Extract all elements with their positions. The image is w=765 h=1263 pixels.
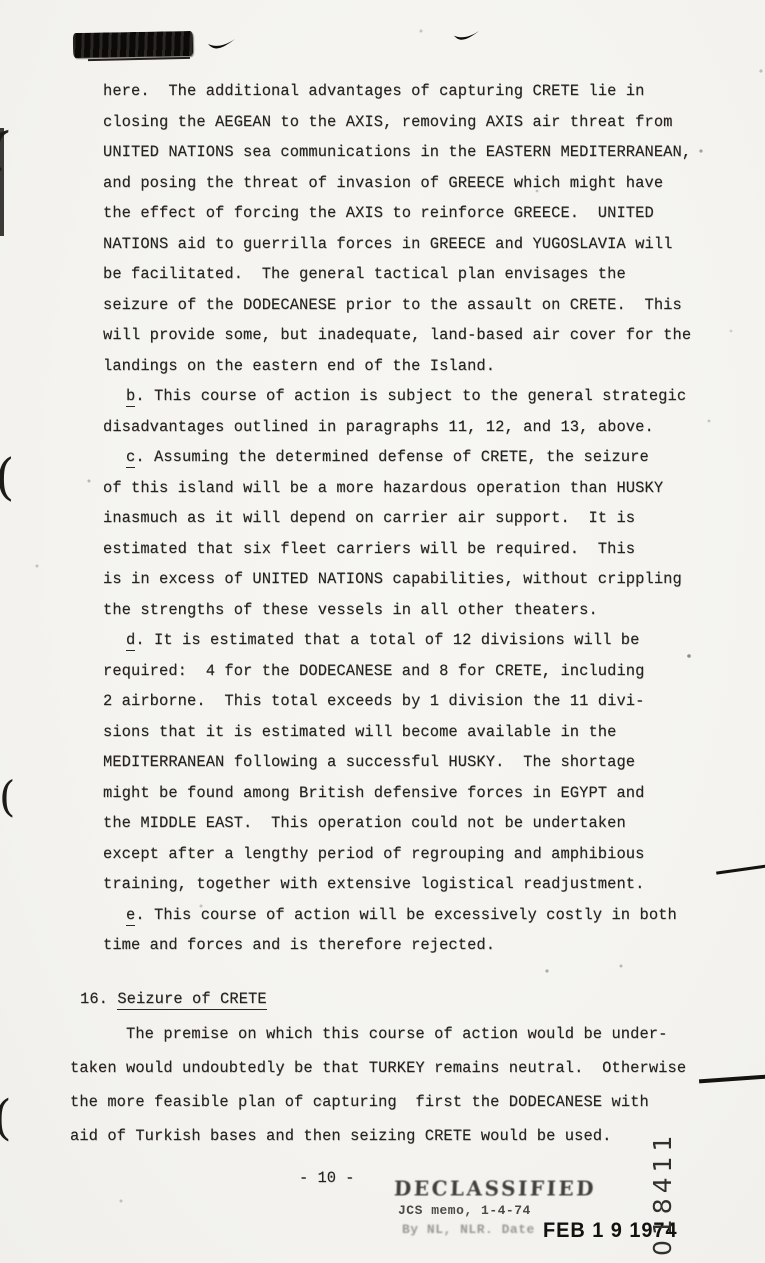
body-line: inasmuch as it will depend on carrier ai…: [0, 503, 765, 534]
document-page: ( ( ( ( here. The additional advantages …: [0, 0, 765, 1263]
body-line: taken would undoubtedly be that TURKEY r…: [0, 1051, 765, 1085]
underlined-text: d: [126, 631, 135, 651]
body-line: 2 airborne. This total exceeds by 1 divi…: [0, 686, 765, 717]
body-line: the effect of forcing the AXIS to reinfo…: [0, 198, 765, 229]
body-line: is in excess of UNITED NATIONS capabilit…: [0, 564, 765, 595]
body-line: the MIDDLE EAST. This operation could no…: [0, 808, 765, 839]
scan-noise: [0, 0, 2, 2]
paragraph-gap: [0, 961, 765, 981]
body-line: and posing the threat of invasion of GRE…: [0, 168, 765, 199]
checkmark-icon: [207, 37, 237, 53]
underlined-text: b: [126, 387, 135, 407]
document-body: here. The additional advantages of captu…: [0, 76, 765, 1153]
body-line: NATIONS aid to guerrilla forces in GREEC…: [0, 229, 765, 260]
body-line: seizure of the DODECANESE prior to the a…: [0, 290, 765, 321]
underlined-text: Seizure of CRETE: [117, 990, 266, 1010]
body-line: be facilitated. The general tactical pla…: [0, 259, 765, 290]
stamp-title: DECLASSIFIED: [394, 1176, 665, 1201]
redaction-underline: [88, 57, 190, 61]
body-line: required: 4 for the DODECANESE and 8 for…: [0, 656, 765, 687]
body-line: except after a lengthy period of regroup…: [0, 839, 765, 870]
body-line: UNITED NATIONS sea communications in the…: [0, 137, 765, 168]
section-heading: 16. Seizure of CRETE: [0, 981, 765, 1017]
body-line: training, together with extensive logist…: [0, 869, 765, 900]
body-line: disadvantages outlined in paragraphs 11,…: [0, 412, 765, 443]
body-line: sions that it is estimated will become a…: [0, 717, 765, 748]
body-line: b. This course of action is subject to t…: [0, 381, 765, 412]
stamp-by-line: By NL, NLR. Date: [402, 1222, 535, 1237]
body-line: landings on the eastern end of the Islan…: [0, 351, 765, 382]
underlined-text: e: [126, 906, 135, 926]
body-line: The premise on which this course of acti…: [0, 1017, 765, 1051]
body-line: time and forces and is therefore rejecte…: [0, 930, 765, 961]
stamp-memo-line: JCS memo, 1-4-74: [398, 1203, 664, 1218]
body-line: here. The additional advantages of captu…: [0, 76, 765, 107]
body-line: might be found among British defensive f…: [0, 778, 765, 809]
body-line: of this island will be a more hazardous …: [0, 473, 765, 504]
body-line: the more feasible plan of capturing firs…: [0, 1085, 765, 1119]
body-line: e. This course of action will be excessi…: [0, 900, 765, 931]
underlined-text: c: [126, 448, 135, 468]
body-line: closing the AEGEAN to the AXIS, removing…: [0, 107, 765, 138]
body-line: will provide some, but inadequate, land-…: [0, 320, 765, 351]
body-line: c. Assuming the determined defense of CR…: [0, 442, 765, 473]
page-number: - 10 -: [299, 1169, 354, 1187]
body-line: estimated that six fleet carriers will b…: [0, 534, 765, 565]
body-line: the strengths of these vessels in all ot…: [0, 595, 765, 626]
checkmark-icon: [453, 29, 481, 44]
handwritten-serial: 018411: [648, 1156, 688, 1256]
body-line: d. It is estimated that a total of 12 di…: [0, 625, 765, 656]
redaction-mark: [73, 31, 193, 58]
body-line: MEDITERRANEAN following a successful HUS…: [0, 747, 765, 778]
